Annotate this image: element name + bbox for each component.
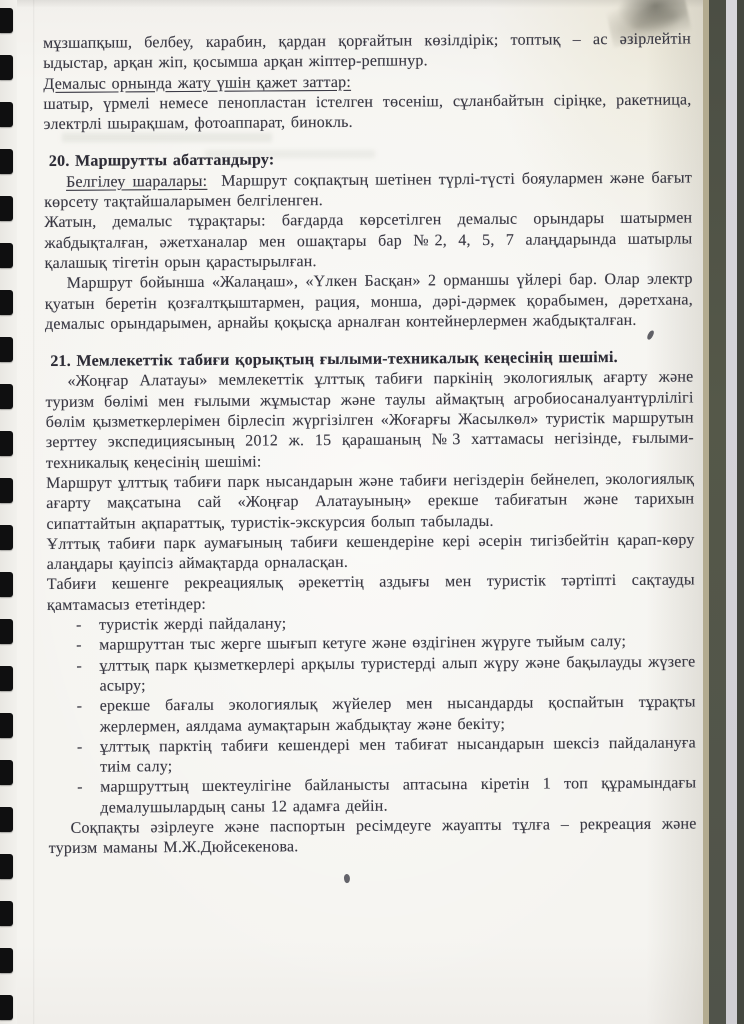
- scanned-document-page: мұзшапқыш, белбеу, карабин, қардан қорға…: [0, 0, 744, 1024]
- binding-hole: [0, 337, 13, 362]
- binding-hole: [0, 854, 13, 879]
- binding-hole: [0, 149, 13, 174]
- forester-houses-paragraph: Маршрут бойынша «Жалаңаш», «Үлкен Басқан…: [45, 270, 693, 335]
- binding-hole: [0, 948, 13, 973]
- underlined-heading: Демалыс орнында жату үшін қажет заттар:: [43, 73, 351, 92]
- list-item: ерекше бағалы экологиялық жүйелер мен ны…: [48, 693, 696, 738]
- binding-hole: [0, 713, 13, 738]
- camp-items-paragraph: шатыр, үрмелі немесе пенопластан істелге…: [43, 90, 691, 135]
- ensure-paragraph: Табиғи кешенге рекреациялық әрекеттің аз…: [47, 571, 695, 616]
- binding-hole: [0, 431, 13, 456]
- document-text: мұзшапқыш, белбеу, карабин, қардан қорға…: [43, 29, 697, 859]
- scanner-background-strip: [709, 0, 726, 1024]
- binding-hole: [0, 995, 13, 1020]
- page-crease-line: [33, 0, 35, 1024]
- binding-hole: [0, 478, 13, 503]
- underlying-page-edge: [726, 0, 737, 1024]
- camps-paragraph: Жатын, демалыс тұрақтары: бағдарда көрсе…: [44, 209, 692, 274]
- binding-hole: [0, 55, 13, 80]
- safety-areas-paragraph: Ұлттық табиғи парк аумағының табиғи кеше…: [46, 530, 694, 575]
- list-item: ұлттық парктің табиғи кешендері мен таби…: [48, 733, 696, 778]
- binding-hole: [0, 290, 13, 315]
- binding-hole: [0, 666, 13, 691]
- binding-hole: [0, 572, 13, 597]
- binding-hole: [0, 760, 13, 785]
- decision-intro-paragraph: «Жоңғар Алатауы» мемлекеттік ұлттық таби…: [45, 368, 694, 474]
- ink-speck: [343, 873, 351, 883]
- list-item: маршруттың шектеулігіне байланысты аптас…: [48, 774, 696, 819]
- scan-border: [737, 0, 744, 1024]
- marking-paragraph: Белгілеу шаралары: Маршрут соқпақтың шет…: [44, 168, 692, 213]
- spiral-binding: [0, 0, 17, 1024]
- rules-list: туристік жерді пайдалану; маршруттан тыс…: [47, 611, 696, 818]
- closing-paragraph: Соқпақты әзірлеуге және паспортын ресімд…: [48, 814, 696, 859]
- binding-hole: [0, 102, 13, 127]
- binding-hole: [0, 619, 13, 644]
- list-item: ұлттық парк қызметкерлері арқылы туристе…: [47, 652, 695, 697]
- binding-hole: [0, 525, 13, 550]
- binding-hole: [0, 243, 13, 268]
- binding-hole: [0, 196, 13, 221]
- marking-lead-underlined: Белгілеу шаралары:: [66, 173, 207, 191]
- equipment-paragraph: мұзшапқыш, белбеу, карабин, қардан қорға…: [43, 29, 691, 74]
- route-description-paragraph: Маршрут ұлттық табиғи парк нысандарын жә…: [46, 469, 694, 534]
- binding-hole: [0, 807, 13, 832]
- binding-hole: [0, 384, 13, 409]
- binding-hole: [0, 901, 13, 926]
- binding-hole: [0, 8, 13, 33]
